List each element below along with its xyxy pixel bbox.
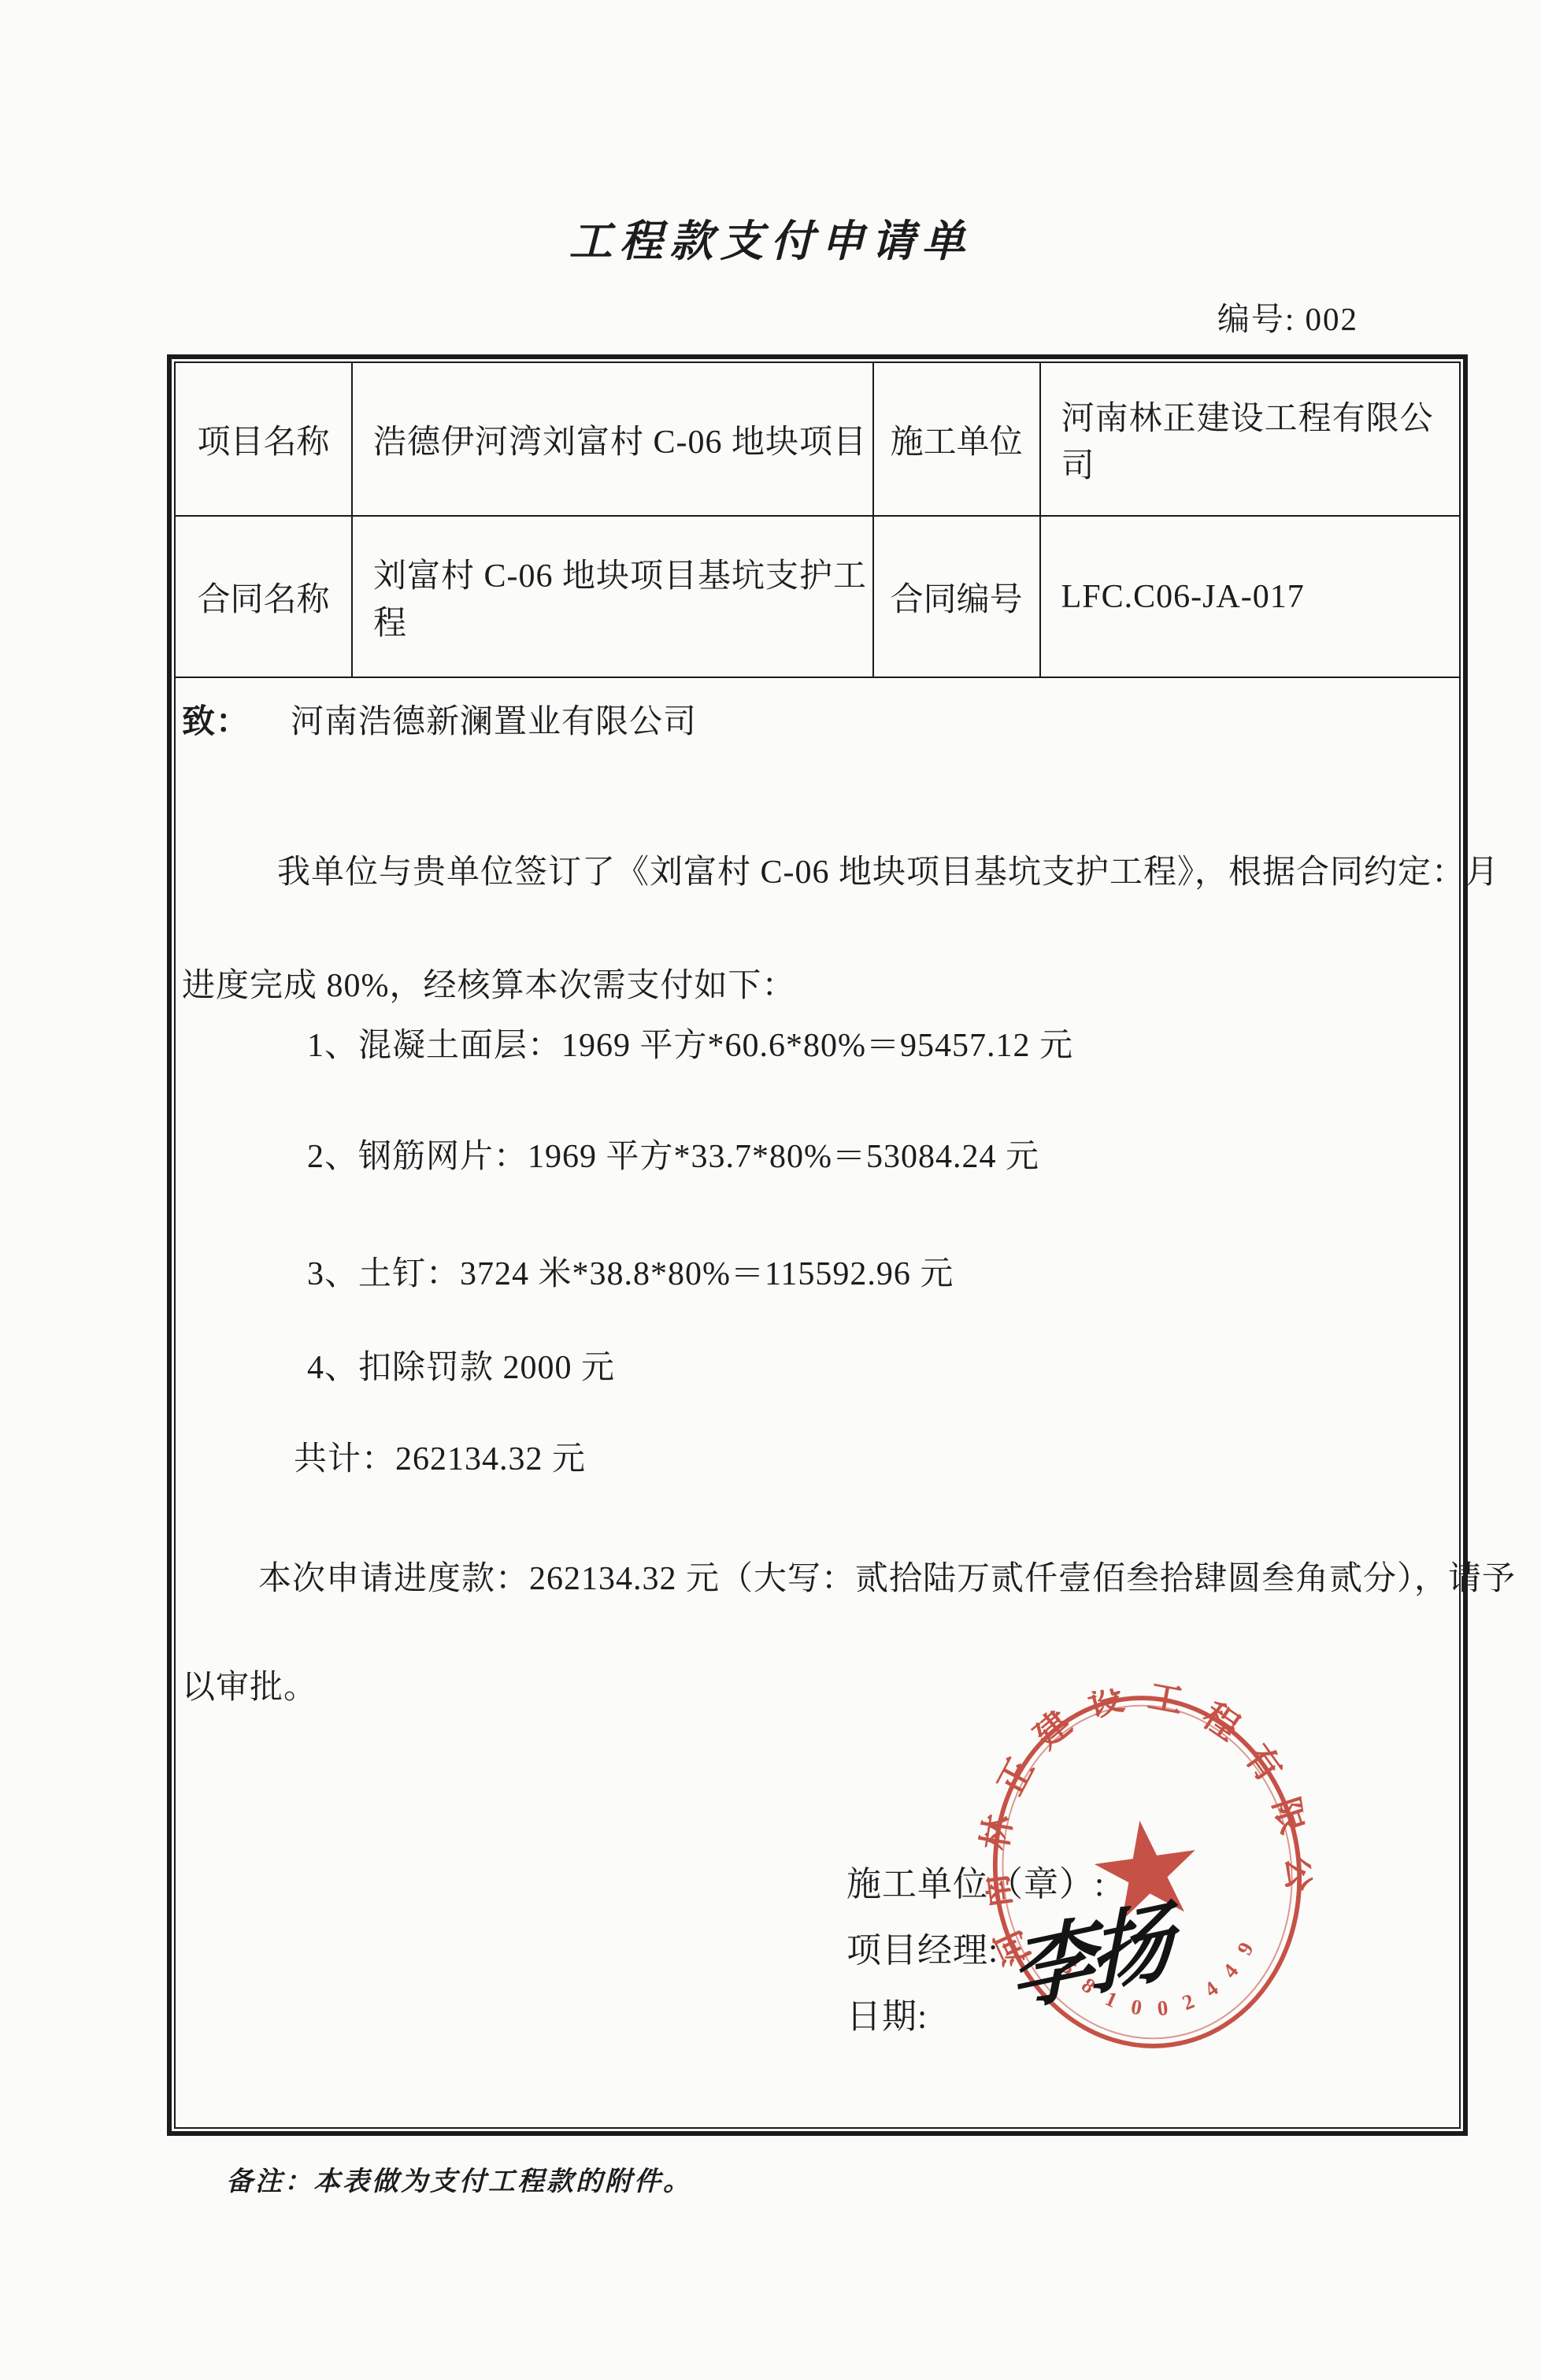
total-line: 共计：262134.32 元 [294,1433,586,1480]
doc-number: 编号: 002 [1217,293,1358,339]
footer-note: 备注：本表做为支付工程款的附件。 [226,2159,692,2198]
body-paragraph-line-2: 进度完成 80%，经核算本次需支付如下： [182,959,796,1006]
contract-number-label: 合同编号 [874,517,1041,677]
list-item: 3、土钉：3724 米*38.8*80%＝115592.96 元 [307,1247,954,1295]
application-body-cell: 致：河南浩德新澜置业有限公司 我单位与贵单位签订了《刘富村 C-06 地块项目基… [176,678,1459,2127]
addressee-company: 河南浩德新澜置业有限公司 [291,704,697,740]
request-line-1: 本次申请进度款：262134.32 元（大写：贰拾陆万贰仟壹佰叁拾肆圆叁角贰分）… [258,1552,1516,1600]
contract-name-value: 刘富村 C-06 地块项目基坑支护工程 [353,517,874,677]
project-name-label: 项目名称 [176,363,353,515]
table-row: 合同名称 刘富村 C-06 地块项目基坑支护工程 合同编号 LFC.C06-JA… [176,517,1459,678]
construction-unit-value: 河南林正建设工程有限公司 [1041,363,1459,515]
list-item: 2、钢筋网片：1969 平方*33.7*80%＝53084.24 元 [307,1130,1039,1177]
list-item: 1、混凝土面层：1969 平方*60.6*80%＝95457.12 元 [307,1019,1073,1066]
addressee-line: 致：河南浩德新澜置业有限公司 [182,695,697,743]
contract-name-label: 合同名称 [176,517,353,677]
form-table: 项目名称 浩德伊河湾刘富村 C-06 地块项目 施工单位 河南林正建设工程有限公… [174,361,1461,2129]
project-name-value: 浩德伊河湾刘富村 C-06 地块项目 [353,363,874,515]
request-line-2: 以审批。 [182,1661,317,1708]
page-title: 工程款支付申请单 [0,206,1541,269]
addressee-label: 致： [182,704,250,740]
construction-unit-label: 施工单位 [874,363,1041,515]
form-table-border: 项目名称 浩德伊河湾刘富村 C-06 地块项目 施工单位 河南林正建设工程有限公… [167,354,1468,2136]
list-item: 4、扣除罚款 2000 元 [307,1341,615,1388]
table-row: 项目名称 浩德伊河湾刘富村 C-06 地块项目 施工单位 河南林正建设工程有限公… [176,363,1459,517]
body-paragraph-line-1: 我单位与贵单位签订了《刘富村 C-06 地块项目基坑支护工程》，根据合同约定：月 [277,846,1499,893]
contract-number-value: LFC.C06-JA-017 [1041,517,1459,677]
document-page: 工程款支付申请单 编号: 002 项目名称 浩德伊河湾刘富村 C-06 地块项目… [0,0,1541,2380]
